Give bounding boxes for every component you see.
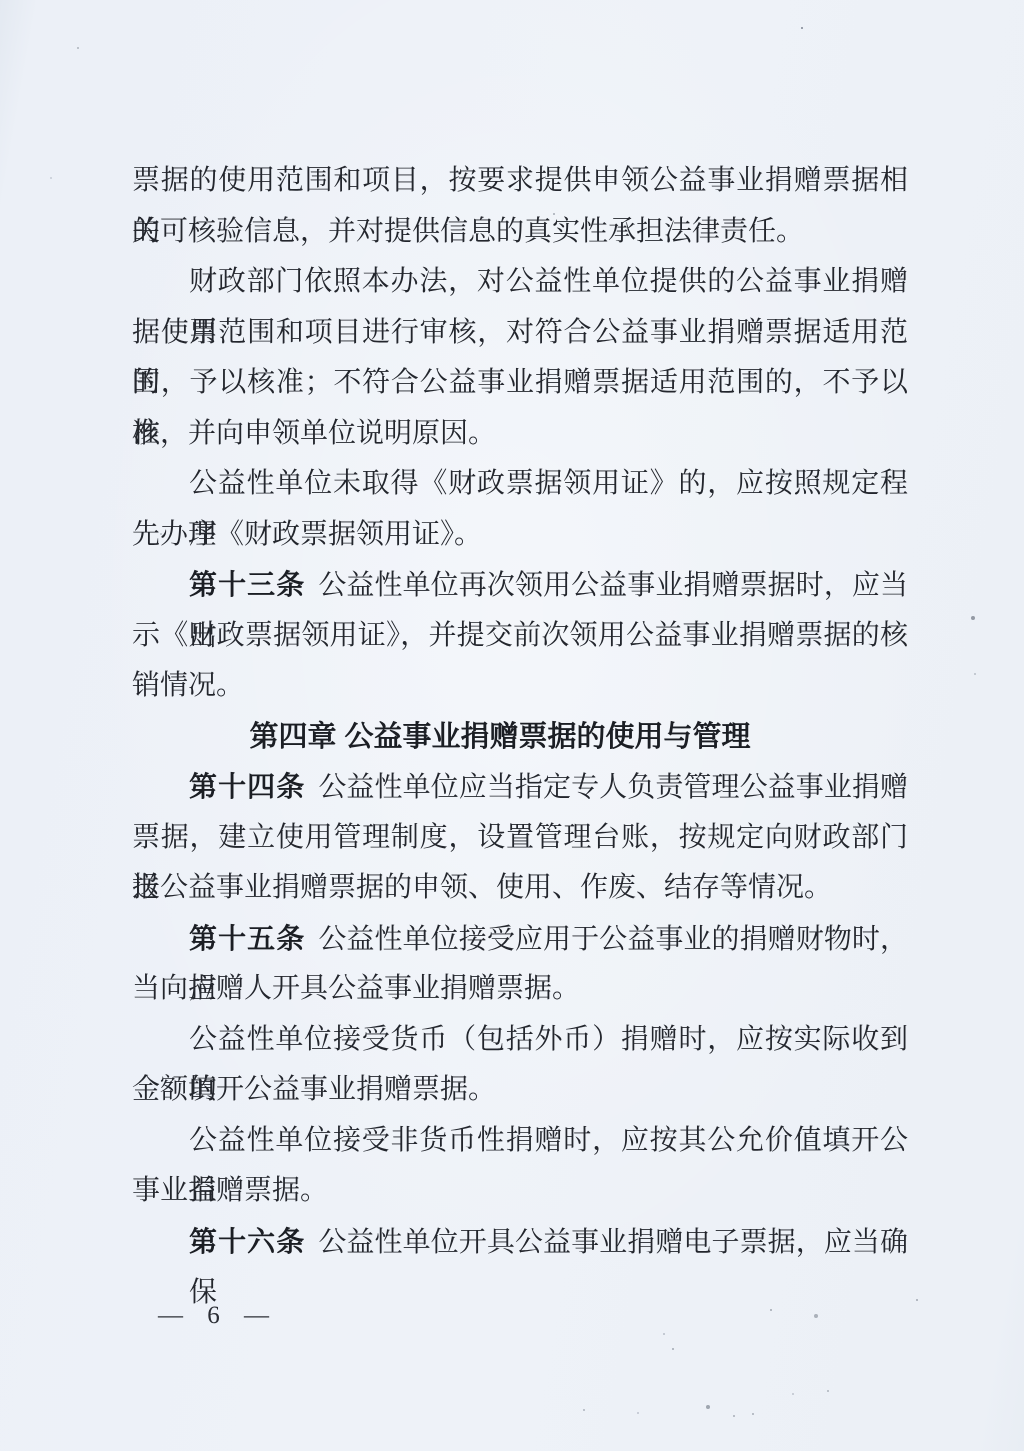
text-line: 送公益事业捐赠票据的申领、使用、作废、结存等情况。 (132, 863, 908, 914)
text-line: 当向捐赠人开具公益事业捐赠票据。 (132, 964, 908, 1015)
text-line: 先办理《财政票据领用证》。 (132, 510, 908, 561)
text-line: 第十五条公益性单位接受应用于公益事业的捐赠财物时，应 (132, 914, 908, 965)
text-line: 准，并向申领单位说明原因。 (132, 409, 908, 460)
text-line: 据使用范围和项目进行审核，对符合公益事业捐赠票据适用范围 (132, 308, 908, 359)
article-14-label: 第十四条 (189, 771, 305, 802)
text-line: 第十六条公益性单位开具公益事业捐赠电子票据，应当确保 (132, 1217, 908, 1268)
text-line: 票据，建立使用管理制度，设置管理台账，按规定向财政部门报 (132, 813, 908, 864)
chapter-heading: 第四章 公益事业捐赠票据的使用与管理 (112, 712, 888, 763)
text-line: 票据的使用范围和项目，按要求提供申领公益事业捐赠票据相关 (132, 156, 908, 207)
text-line-content: 事业捐赠票据。 (132, 1175, 328, 1206)
text-line: 财政部门依照本办法，对公益性单位提供的公益事业捐赠票 (132, 257, 908, 308)
text-line: 第十三条公益性单位再次领用公益事业捐赠票据时，应当出 (132, 560, 908, 611)
scanned-page: 票据的使用范围和项目，按要求提供申领公益事业捐赠票据相关 的可核验信息，并对提供… (0, 0, 1024, 1451)
article-15-label: 第十五条 (189, 923, 305, 954)
text-line: 事业捐赠票据。 (132, 1166, 908, 1217)
text-line: 销情况。 (132, 661, 908, 712)
text-line: 的，予以核准；不符合公益事业捐赠票据适用范围的，不予以核 (132, 358, 908, 409)
page-number: — 6 — (158, 1302, 273, 1330)
text-line: 公益性单位接受货币（包括外币）捐赠时，应按实际收到的 (132, 1015, 908, 1066)
text-line: 第十四条公益性单位应当指定专人负责管理公益事业捐赠 (132, 762, 908, 813)
text-line-content: 示《财政票据领用证》，并提交前次领用公益事业捐赠票据的核 (132, 620, 908, 651)
text-line: 的可核验信息，并对提供信息的真实性承担法律责任。 (132, 207, 908, 258)
text-line: 示《财政票据领用证》，并提交前次领用公益事业捐赠票据的核 (132, 611, 908, 662)
article-13-label: 第十三条 (189, 569, 305, 600)
text-line-content: 的可核验信息，并对提供信息的真实性承担法律责任。 (132, 216, 804, 247)
text-line-content: 销情况。 (132, 670, 244, 701)
text-line-content: 先办理《财政票据领用证》。 (132, 519, 482, 550)
scan-noise (0, 0, 2, 2)
text-line-content: 准，并向申领单位说明原因。 (132, 418, 496, 449)
text-line-content: 当向捐赠人开具公益事业捐赠票据。 (132, 973, 580, 1004)
text-line: 公益性单位接受非货币性捐赠时，应按其公允价值填开公益 (132, 1116, 908, 1167)
document-body: 票据的使用范围和项目，按要求提供申领公益事业捐赠票据相关 的可核验信息，并对提供… (132, 156, 908, 1267)
text-line: 金额填开公益事业捐赠票据。 (132, 1065, 908, 1116)
text-line-content: 公益性单位应当指定专人负责管理公益事业捐赠 (318, 772, 908, 803)
text-line-content: 金额填开公益事业捐赠票据。 (132, 1074, 496, 1105)
article-16-label: 第十六条 (189, 1226, 305, 1257)
text-line: 公益性单位未取得《财政票据领用证》的，应按照规定程序 (132, 459, 908, 510)
text-line-content: 送公益事业捐赠票据的申领、使用、作废、结存等情况。 (132, 872, 832, 903)
